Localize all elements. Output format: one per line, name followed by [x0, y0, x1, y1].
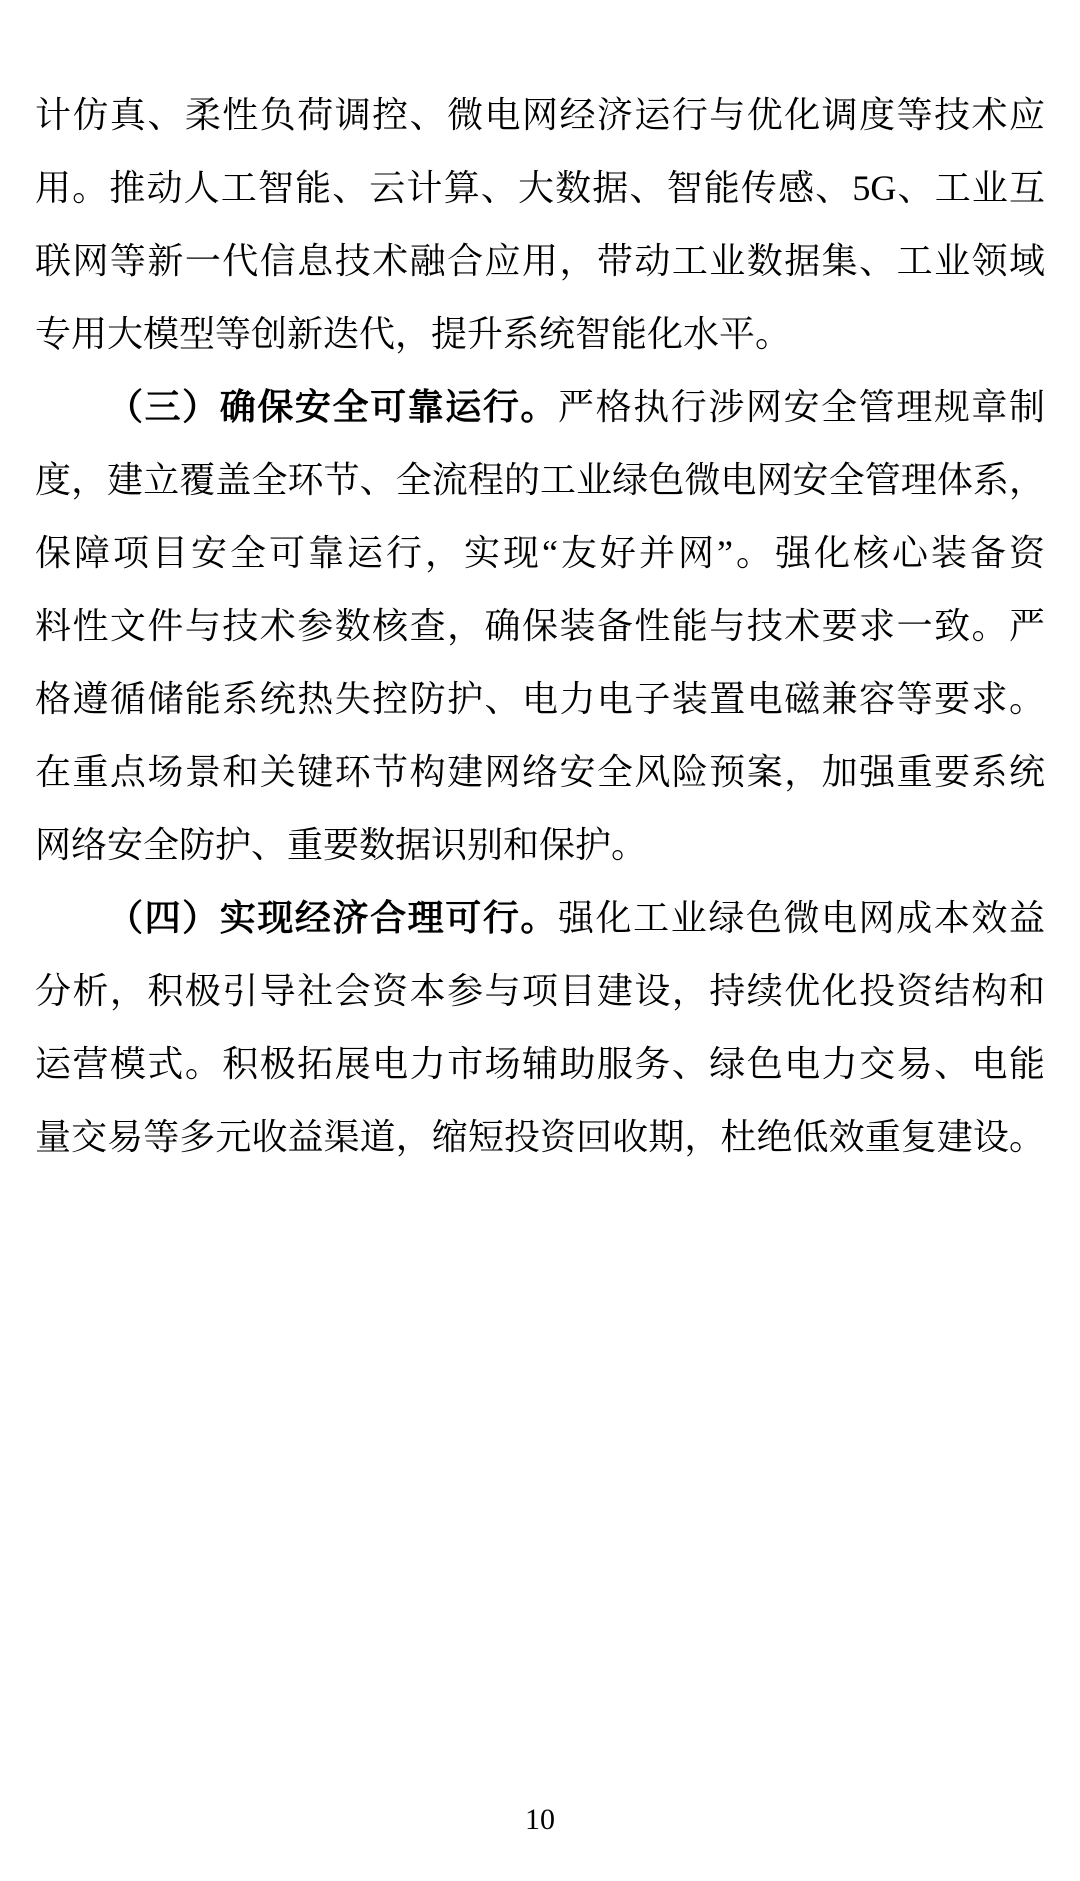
page-number: 10 — [0, 1800, 1080, 1840]
line-text: 联网等新一代信息技术融合应用，带动工业数据集、工业领域 — [35, 241, 1045, 281]
text-line: 专用大模型等创新迭代，提升系统智能化水平。 — [35, 298, 1045, 371]
text-line: 分析，积极引导社会资本参与项目建设，持续优化投资结构和 — [35, 955, 1045, 1028]
text-line: 联网等新一代信息技术融合应用，带动工业数据集、工业领域 — [35, 225, 1045, 298]
line-text: 强化工业绿色微电网成本效益 — [558, 898, 1045, 938]
line-text: 严格执行涉网安全管理规章制 — [558, 387, 1045, 427]
page-body-text: 计仿真、柔性负荷调控、微电网经济运行与优化调度等技术应 用。推动人工智能、云计算… — [35, 79, 1045, 1174]
line-text: 计仿真、柔性负荷调控、微电网经济运行与优化调度等技术应 — [35, 95, 1045, 135]
line-text: 格遵循储能系统热失控防护、电力电子装置电磁兼容等要求。 — [35, 679, 1045, 719]
text-line: 量交易等多元收益渠道，缩短投资回收期，杜绝低效重复建设。 — [35, 1101, 1045, 1174]
line-text: 网络安全防护、重要数据识别和保护。 — [35, 825, 647, 865]
line-text: 保障项目安全可靠运行，实现“友好并网”。强化核心装备资 — [35, 533, 1045, 573]
text-line: 格遵循储能系统热失控防护、电力电子装置电磁兼容等要求。 — [35, 663, 1045, 736]
text-line: 在重点场景和关键环节构建网络安全风险预案，加强重要系统 — [35, 736, 1045, 809]
text-line: 料性文件与技术参数核查，确保装备性能与技术要求一致。严 — [35, 590, 1045, 663]
section-heading-3: （三）确保安全可靠运行。 — [107, 387, 558, 427]
section-heading-4: （四）实现经济合理可行。 — [107, 898, 558, 938]
text-line: 度，建立覆盖全环节、全流程的工业绿色微电网安全管理体系， — [35, 444, 1045, 517]
line-text: 用。推动人工智能、云计算、大数据、智能传感、5G、工业互 — [35, 168, 1045, 208]
text-line: （三）确保安全可靠运行。严格执行涉网安全管理规章制 — [35, 371, 1045, 444]
line-text: 量交易等多元收益渠道，缩短投资回收期，杜绝低效重复建设。 — [35, 1117, 1045, 1157]
text-line: 用。推动人工智能、云计算、大数据、智能传感、5G、工业互 — [35, 152, 1045, 225]
line-text: 度，建立覆盖全环节、全流程的工业绿色微电网安全管理体系， — [35, 460, 1045, 500]
line-text: 专用大模型等创新迭代，提升系统智能化水平。 — [35, 314, 791, 354]
text-line: 计仿真、柔性负荷调控、微电网经济运行与优化调度等技术应 — [35, 79, 1045, 152]
text-line: （四）实现经济合理可行。强化工业绿色微电网成本效益 — [35, 882, 1045, 955]
text-line: 运营模式。积极拓展电力市场辅助服务、绿色电力交易、电能 — [35, 1028, 1045, 1101]
text-line: 网络安全防护、重要数据识别和保护。 — [35, 809, 1045, 882]
document-page: 计仿真、柔性负荷调控、微电网经济运行与优化调度等技术应 用。推动人工智能、云计算… — [0, 0, 1080, 1881]
line-text: 料性文件与技术参数核查，确保装备性能与技术要求一致。严 — [35, 606, 1045, 646]
text-line: 保障项目安全可靠运行，实现“友好并网”。强化核心装备资 — [35, 517, 1045, 590]
line-text: 运营模式。积极拓展电力市场辅助服务、绿色电力交易、电能 — [35, 1044, 1045, 1084]
line-text: 在重点场景和关键环节构建网络安全风险预案，加强重要系统 — [35, 752, 1045, 792]
line-text: 分析，积极引导社会资本参与项目建设，持续优化投资结构和 — [35, 971, 1045, 1011]
